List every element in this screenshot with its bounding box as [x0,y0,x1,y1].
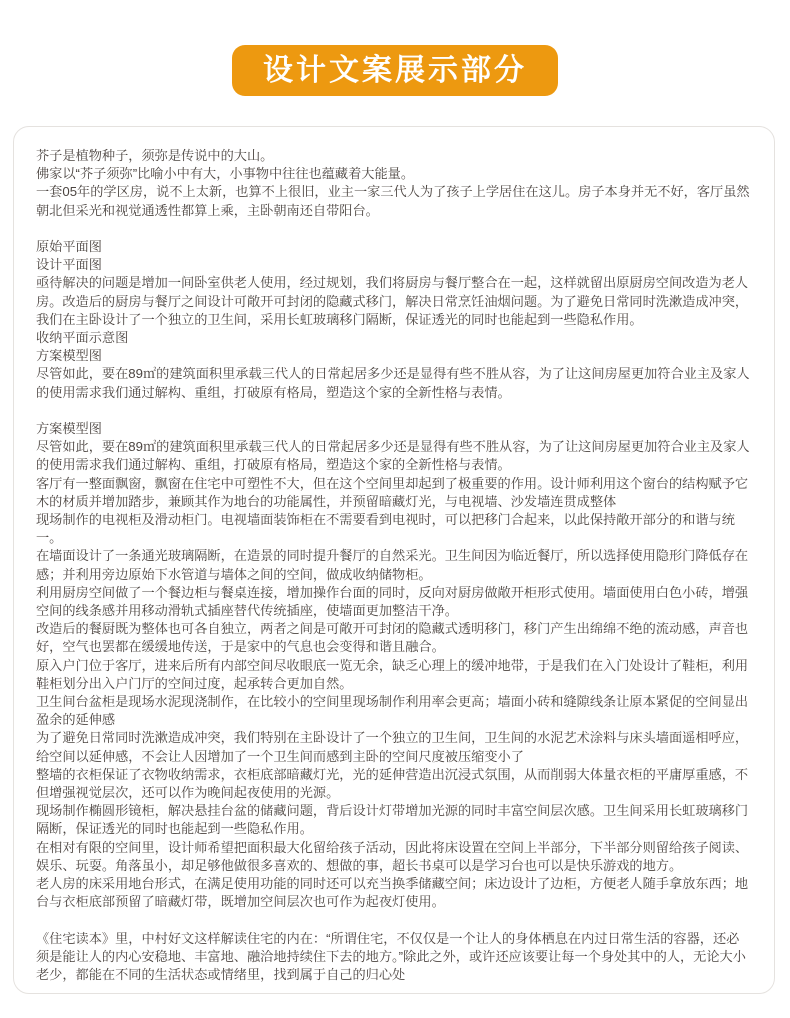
paragraph: 现场制作的电视柜及滑动柜门。电视墙面装饰柜在不需要看到电视时，可以把移门合起来，… [36,511,752,547]
paragraph: 亟待解决的问题是增加一间卧室供老人使用，经过规划，我们将厨房与餐厅整合在一起，这… [36,274,752,329]
section-header: 设计文案展示部分 [0,45,790,96]
paragraph: 设计平面图 [36,256,752,274]
paragraph: 在墙面设计了一条通光玻璃隔断，在造景的同时提升餐厅的自然采光。卫生间因为临近餐厅… [36,547,752,583]
paragraph: 芥子是植物种子，须弥是传说中的大山。 [36,147,752,165]
paragraph: 佛家以“芥子须弥”比喻小中有大，小事物中往往也蕴藏着大能量。 [36,165,752,183]
paragraph: 卫生间台盆柜是现场水泥现浇制作，在比较小的空间里现场制作利用率会更高；墙面小砖和… [36,693,752,729]
paragraph: 老人房的床采用地台形式，在满足使用功能的同时还可以充当换季储藏空间；床边设计了边… [36,875,752,911]
paragraph-spacer [36,402,752,420]
copy-card: 芥子是植物种子，须弥是传说中的大山。佛家以“芥子须弥”比喻小中有大，小事物中往往… [13,126,775,994]
copy-paragraphs: 芥子是植物种子，须弥是传说中的大山。佛家以“芥子须弥”比喻小中有大，小事物中往往… [36,147,752,984]
paragraph: 现场制作椭圆形镜柜，解决悬挂台盆的储藏问题，背后设计灯带增加光源的同时丰富空间层… [36,802,752,838]
paragraph: 尽管如此，要在89㎡的建筑面积里承载三代人的日常起居多少还是显得有些不胜从容，为… [36,438,752,474]
paragraph: 整墙的衣柜保证了衣物收纳需求，衣柜底部暗藏灯光，光的延伸营造出沉浸式氛围，从而削… [36,766,752,802]
paragraph: 为了避免日常同时洗漱造成冲突，我们特别在主卧设计了一个独立的卫生间，卫生间的水泥… [36,729,752,765]
paragraph-spacer [36,912,752,930]
paragraph: 方案模型图 [36,347,752,365]
paragraph-spacer [36,220,752,238]
section-title-badge: 设计文案展示部分 [232,45,558,96]
paragraph: 一套05年的学区房，说不上太新，也算不上很旧，业主一家三代人为了孩子上学居住在这… [36,183,752,219]
paragraph: 尽管如此，要在89㎡的建筑面积里承载三代人的日常起居多少还是显得有些不胜从容，为… [36,365,752,401]
paragraph: 在相对有限的空间里，设计师希望把面积最大化留给孩子活动，因此将床设置在空间上半部… [36,839,752,875]
paragraph: 方案模型图 [36,420,752,438]
paragraph: 原始平面图 [36,238,752,256]
paragraph: 客厅有一整面飘窗，飘窗在住宅中可塑性不大，但在这个空间里却起到了极重要的作用。设… [36,475,752,511]
paragraph: 《住宅读本》里，中村好文这样解读住宅的内在：“所谓住宅，不仅仅是一个让人的身体栖… [36,930,752,985]
paragraph: 改造后的餐厨既为整体也可各自独立，两者之间是可敞开可封闭的隐藏式透明移门，移门产… [36,620,752,656]
paragraph: 利用厨房空间做了一个餐边柜与餐桌连接，增加操作台面的同时，反向对厨房做敞开柜形式… [36,584,752,620]
design-copy-page: 设计文案展示部分 芥子是植物种子，须弥是传说中的大山。佛家以“芥子须弥”比喻小中… [0,0,790,1018]
paragraph: 收纳平面示意图 [36,329,752,347]
paragraph: 原入户门位于客厅，进来后所有内部空间尽收眼底一览无余，缺乏心理上的缓冲地带，于是… [36,657,752,693]
